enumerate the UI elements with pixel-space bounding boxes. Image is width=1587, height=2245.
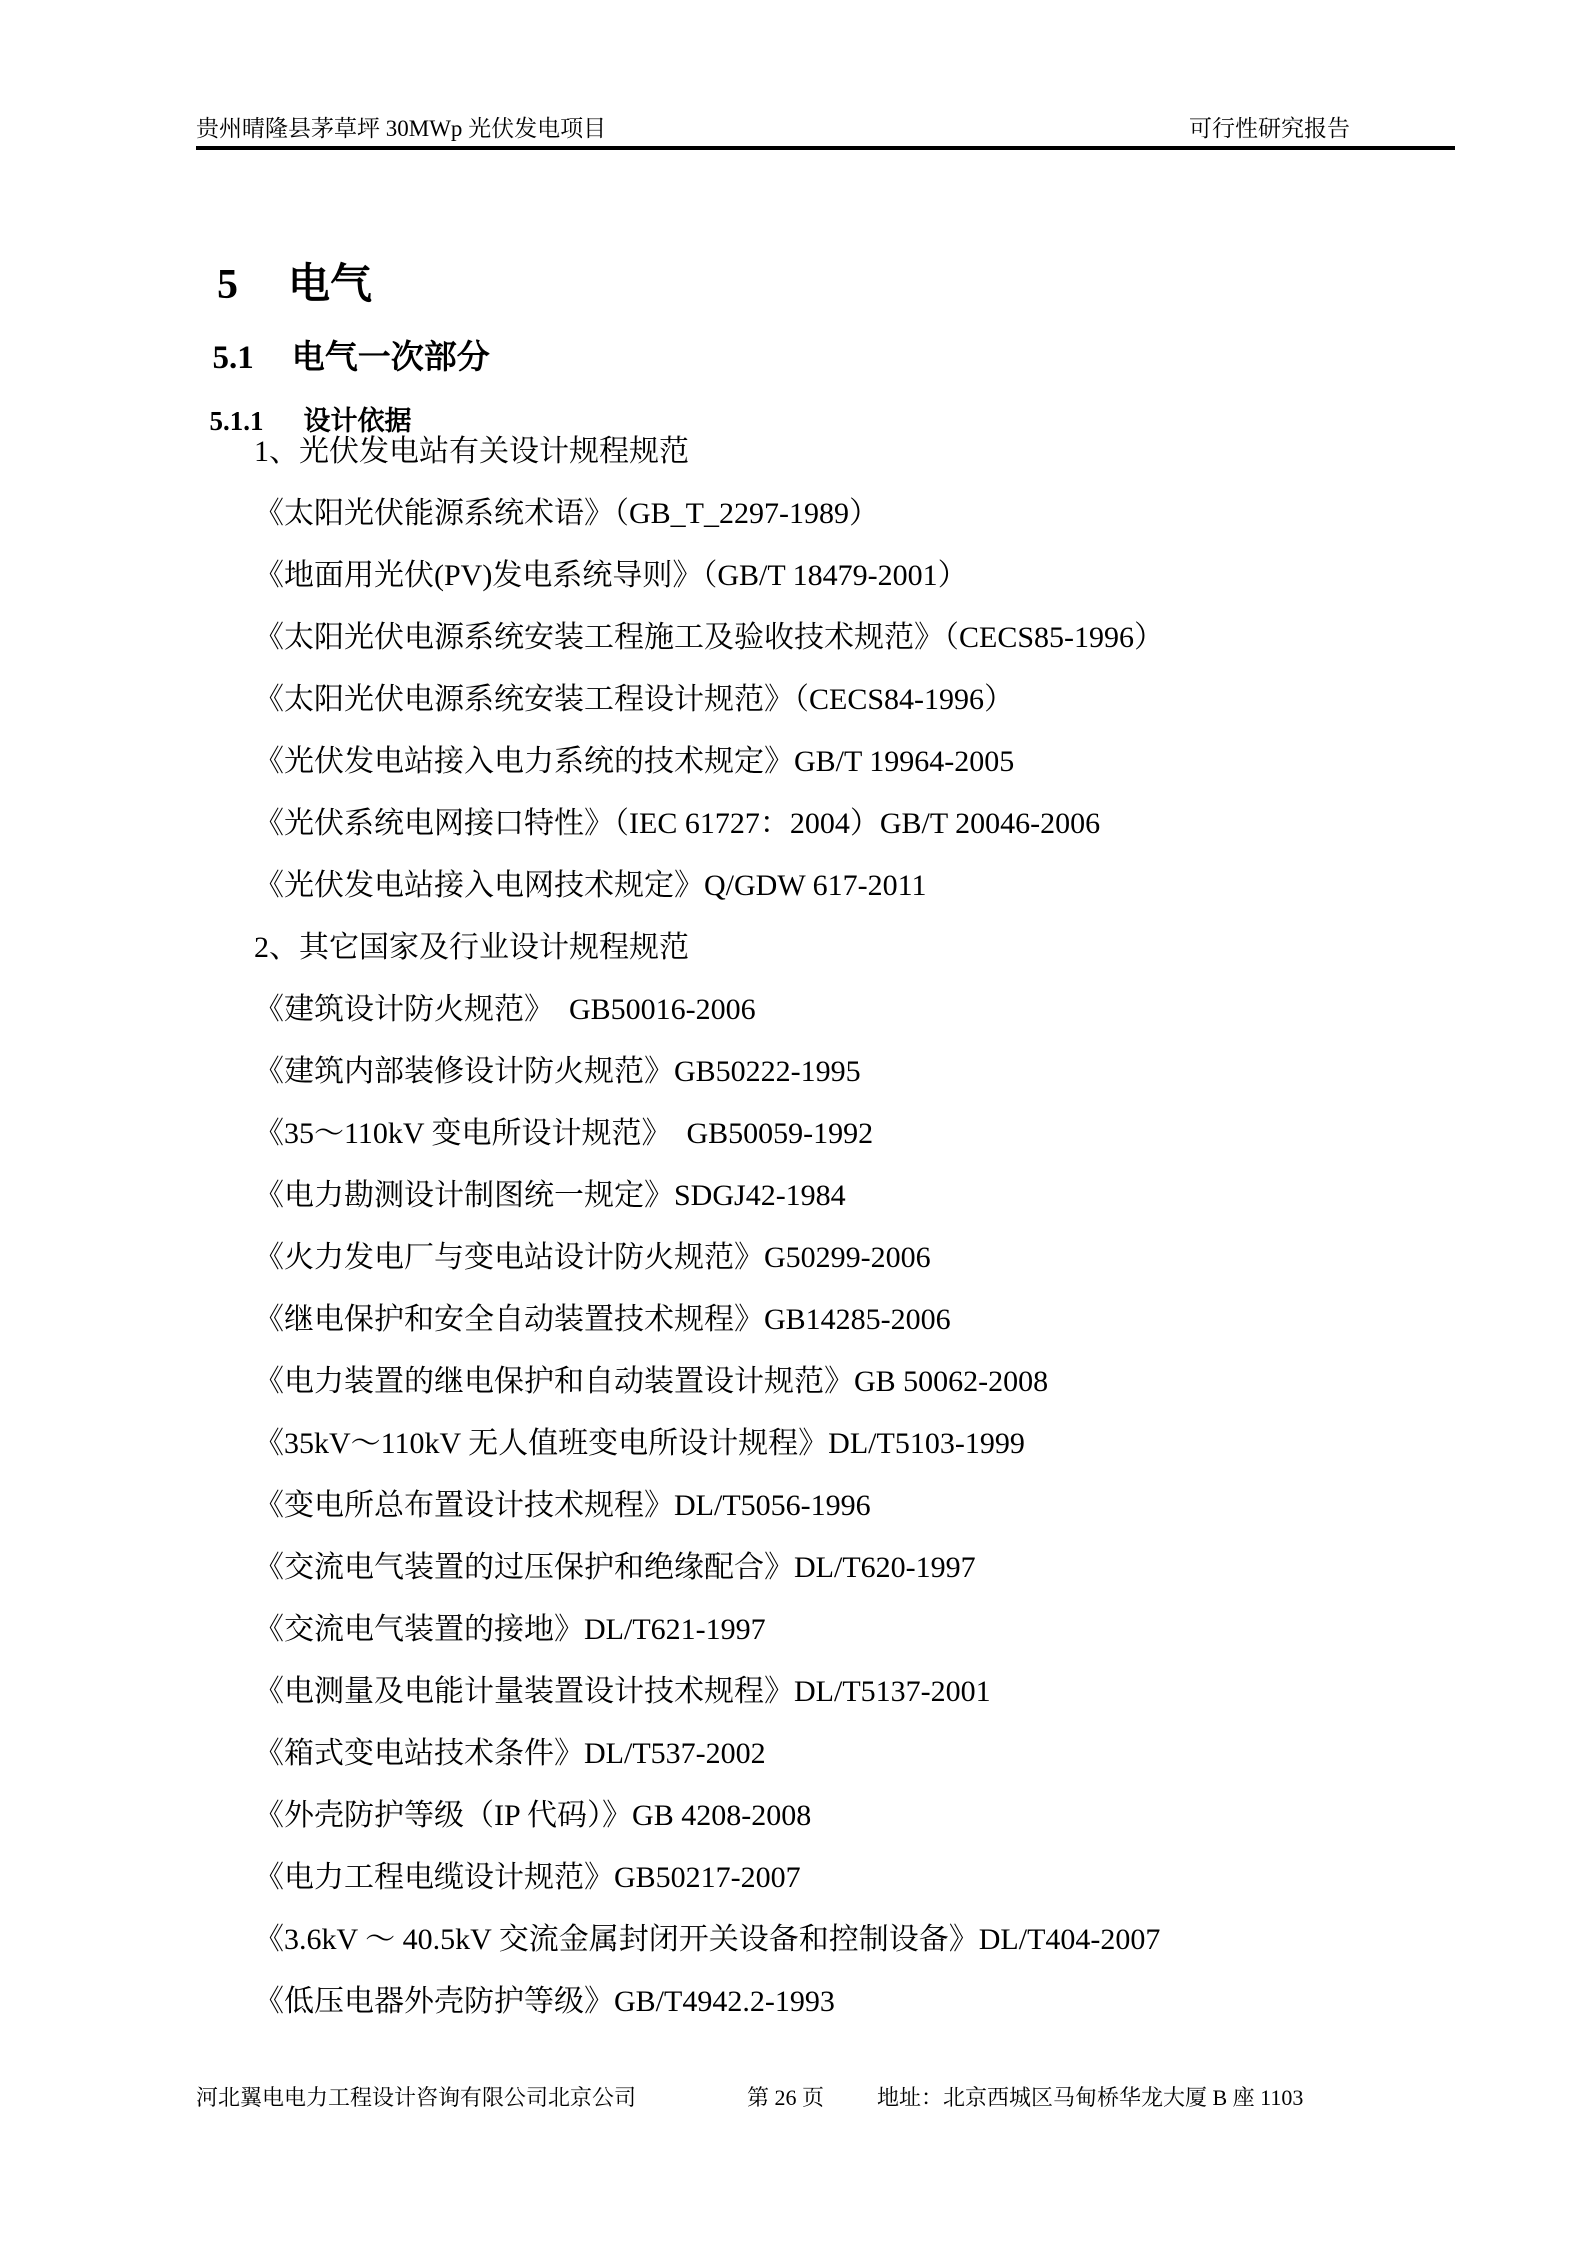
standard-line: 《光伏发电站接入电力系统的技术规定》GB/T 19964-2005 xyxy=(196,731,1496,793)
standard-line: 《太阳光伏能源系统术语》（GB_T_2297-1989） xyxy=(196,483,1496,545)
standard-line: 《电力勘测设计制图统一规定》SDGJ42-1984 xyxy=(196,1165,1496,1227)
standard-line: 《光伏发电站接入电网技术规定》Q/GDW 617-2011 xyxy=(196,855,1496,917)
page-header: 贵州晴隆县茅草坪 30MWp 光伏发电项目 可行性研究报告 xyxy=(196,115,1455,150)
standard-line: 《交流电气装置的过压保护和绝缘配合》DL/T620-1997 xyxy=(196,1537,1496,1599)
standard-line: 《电测量及电能计量装置设计技术规程》DL/T5137-2001 xyxy=(196,1661,1496,1723)
footer-page-number: 第 26 页 xyxy=(747,2084,824,2111)
section-title: 电气一次部分 xyxy=(292,340,490,376)
standard-line: 《地面用光伏(PV)发电系统导则》（GB/T 18479-2001） xyxy=(196,545,1496,607)
list-item-heading: 2、其它国家及行业设计规程规范 xyxy=(196,917,1496,979)
chapter-heading: 5电气 xyxy=(196,213,372,309)
standard-line: 《变电所总布置设计技术规程》DL/T5056-1996 xyxy=(196,1475,1496,1537)
standard-line: 《建筑内部装修设计防火规范》GB50222-1995 xyxy=(196,1041,1496,1103)
standard-line: 《3.6kV ～ 40.5kV 交流金属封闭开关设备和控制设备》DL/T404-… xyxy=(196,1909,1496,1971)
header-project-title: 贵州晴隆县茅草坪 30MWp 光伏发电项目 xyxy=(196,115,606,142)
page-footer: 河北翼电电力工程设计咨询有限公司北京公司 第 26 页 地址：北京西城区马甸桥华… xyxy=(196,2084,1456,2111)
standard-line: 《继电保护和安全自动装置技术规程》GB14285-2006 xyxy=(196,1289,1496,1351)
standard-line: 《电力装置的继电保护和自动装置设计规范》GB 50062-2008 xyxy=(196,1351,1496,1413)
standard-line: 《光伏系统电网接口特性》（IEC 61727：2004）GB/T 20046-2… xyxy=(196,793,1496,855)
header-report-type: 可行性研究报告 xyxy=(1189,115,1455,142)
standard-line: 《电力工程电缆设计规范》GB50217-2007 xyxy=(196,1847,1496,1909)
footer-company: 河北翼电电力工程设计咨询有限公司北京公司 xyxy=(196,2084,636,2111)
standard-line: 《建筑设计防火规范》 GB50016-2006 xyxy=(196,979,1496,1041)
standard-line: 《太阳光伏电源系统安装工程施工及验收技术规范》（CECS85-1996） xyxy=(196,607,1496,669)
document-page: { "page": { "header": { "left": "贵州晴隆县茅草… xyxy=(0,0,1587,2245)
standard-line: 《低压电器外壳防护等级》GB/T4942.2-1993 xyxy=(196,1971,1496,2033)
standards-list: 1、光伏发电站有关设计规程规范 《太阳光伏能源系统术语》（GB_T_2297-1… xyxy=(196,421,1496,2033)
standard-line: 《35～110kV 变电所设计规范》 GB50059-1992 xyxy=(196,1103,1496,1165)
section-heading: 5.1电气一次部分 xyxy=(196,301,490,377)
standard-line: 《交流电气装置的接地》DL/T621-1997 xyxy=(196,1599,1496,1661)
list-item-heading: 1、光伏发电站有关设计规程规范 xyxy=(196,421,1496,483)
standard-line: 《箱式变电站技术条件》DL/T537-2002 xyxy=(196,1723,1496,1785)
standard-line: 《外壳防护等级（IP 代码）》GB 4208-2008 xyxy=(196,1785,1496,1847)
section-number: 5.1 xyxy=(213,340,254,376)
standard-line: 《太阳光伏电源系统安装工程设计规范》（CECS84-1996） xyxy=(196,669,1496,731)
standard-line: 《35kV～110kV 无人值班变电所设计规程》DL/T5103-1999 xyxy=(196,1413,1496,1475)
standard-line: 《火力发电厂与变电站设计防火规范》G50299-2006 xyxy=(196,1227,1496,1289)
footer-address: 地址：北京西城区马甸桥华龙大厦 B 座 1103 xyxy=(877,2084,1303,2111)
